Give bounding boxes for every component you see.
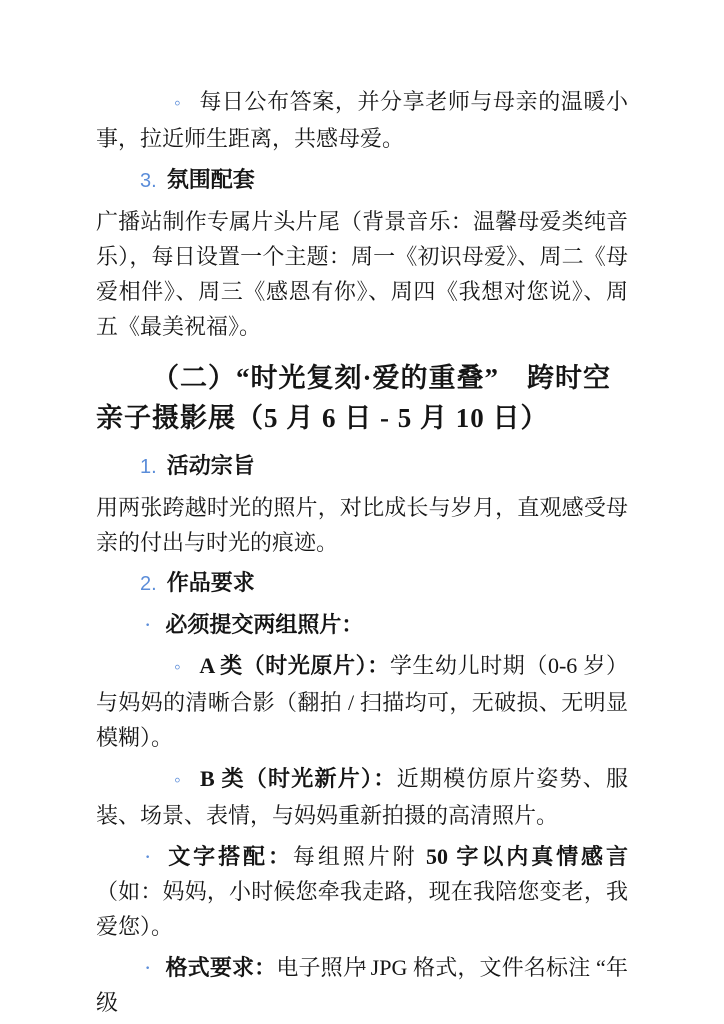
document-page: ◦每日公布答案，并分享老师与母亲的温暖小事，拉近师生距离，共感母爱。 3.氛围配… [0, 0, 724, 1024]
bullet-item-photo-type-a: ◦A 类（时光原片）：学生幼儿时期（0-6 岁）与妈妈的清晰合影（翻拍 / 扫描… [96, 648, 628, 755]
dot-bullet-icon: · [144, 612, 151, 637]
bullet-item-daily-answers: ◦每日公布答案，并分享老师与母亲的温暖小事，拉近师生距离，共感母爱。 [96, 84, 628, 156]
section-heading-photo-exhibition: （二）“时光复刻·爱的重叠” 跨时空亲子摄影展（5 月 6 日 - 5 月 10… [96, 358, 628, 438]
numbered-item-3-atmosphere: 3.氛围配套 [96, 162, 628, 199]
bullet-text: 必须提交两组照片： [165, 612, 363, 637]
list-number: 1. [140, 456, 157, 478]
numbered-item-title: 作品要求 [167, 570, 255, 595]
bullet-item-photo-type-b: ◦B 类（时光新片）：近期模仿原片姿势、服装、场景、表情，与妈妈重新拍摄的高清照… [96, 761, 628, 833]
circle-bullet-icon: ◦ [174, 657, 181, 678]
text-run: 文字搭配： [165, 844, 293, 869]
paragraph-purpose: 用两张跨越时光的照片，对比成长与岁月，直观感受母亲的付出与时光的痕迹。 [96, 490, 628, 560]
bullet-text: 文字搭配：每组照片附 50 字以内真情感言（如：妈妈，小时候您牵我走路，现在我陪… [96, 844, 628, 939]
text-run: 必须提交两组照片： [165, 612, 363, 637]
text-run: A 类（时光原片）： [199, 653, 390, 678]
list-number: 2. [140, 573, 157, 595]
numbered-item-2-requirements: 2.作品要求 [96, 565, 628, 602]
text-run: （如：妈妈，小时候您牵我走路，现在我陪您变老，我爱您）。 [96, 879, 628, 939]
numbered-item-1-purpose: 1.活动宗旨 [96, 448, 628, 485]
text-run: 50 字以内真情感言 [426, 844, 628, 869]
text-run: 每组照片附 [293, 844, 426, 869]
text-run: B 类（时光新片）： [200, 766, 397, 791]
numbered-item-title: 氛围配套 [167, 167, 255, 192]
page-number: 4 [0, 956, 724, 976]
bullet-item-text-caption: ·文字搭配：每组照片附 50 字以内真情感言（如：妈妈，小时候您牵我走路，现在我… [96, 839, 628, 944]
bullet-item-must-submit: ·必须提交两组照片： [96, 607, 628, 642]
list-number: 3. [140, 170, 157, 192]
dot-bullet-icon: · [144, 844, 151, 869]
paragraph-broadcast: 广播站制作专属片头片尾（背景音乐：温馨母爱类纯音乐），每日设置一个主题：周一《初… [96, 204, 628, 344]
circle-bullet-icon: ◦ [174, 93, 181, 114]
numbered-item-title: 活动宗旨 [167, 453, 255, 478]
circle-bullet-icon: ◦ [174, 770, 182, 791]
